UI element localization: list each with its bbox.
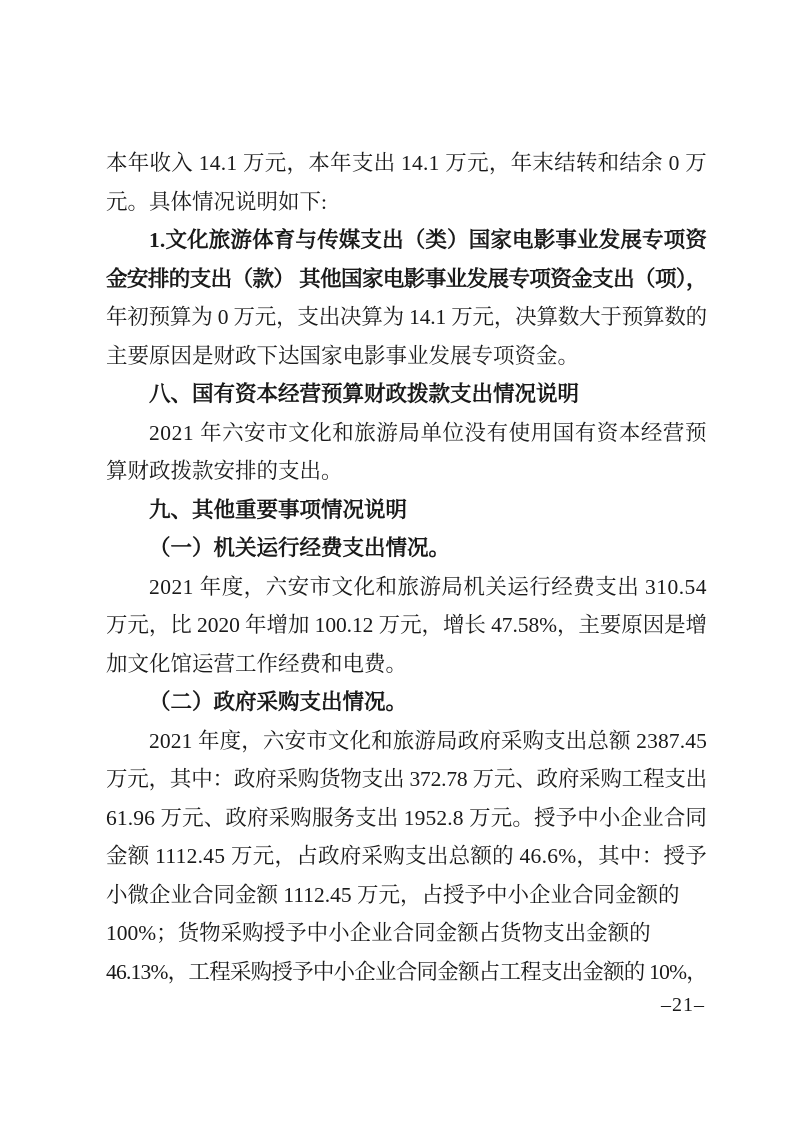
document-line: 金安排的支出（款） 其他国家电影事业发展专项资金支出（项）， bbox=[106, 260, 707, 299]
line-text: 万元，其中：政府采购货物支出 372.78 万元、政府采购工程支出 bbox=[106, 767, 707, 791]
line-text: 2021 年六安市文化和旅游局单位没有使用国有资本经营预 bbox=[149, 421, 707, 445]
document-line: 46.13%，工程采购授予中小企业合同金额占工程支出金额的 10%， bbox=[106, 953, 707, 992]
line-text: 万元，比 2020 年增加 100.12 万元，增长 47.58%，主要原因是增 bbox=[106, 613, 707, 637]
document-line: 算财政拨款安排的支出。 bbox=[106, 452, 707, 491]
document-line: 2021 年六安市文化和旅游局单位没有使用国有资本经营预 bbox=[106, 414, 707, 453]
document-line: （二）政府采购支出情况。 bbox=[106, 683, 707, 722]
line-text: 100%；货物采购授予中小企业合同金额占货物支出金额的 bbox=[106, 921, 651, 945]
document-line: 元。具体情况说明如下: bbox=[106, 183, 707, 222]
line-text: （一）机关运行经费支出情况。 bbox=[149, 536, 450, 560]
document-line: 九、其他重要事项情况说明 bbox=[106, 491, 707, 530]
document-line: 本年收入 14.1 万元，本年支出 14.1 万元，年末结转和结余 0 万 bbox=[106, 144, 707, 183]
document-line: 2021 年度，六安市文化和旅游局机关运行经费支出 310.54 bbox=[106, 568, 707, 607]
document-line: 主要原因是财政下达国家电影事业发展专项资金。 bbox=[106, 337, 707, 376]
line-text: 61.96 万元、政府采购服务支出 1952.8 万元。授予中小企业合同 bbox=[106, 806, 707, 830]
document-body: 本年收入 14.1 万元，本年支出 14.1 万元，年末结转和结余 0 万元。具… bbox=[106, 144, 707, 991]
document-line: 100%；货物采购授予中小企业合同金额占货物支出金额的 bbox=[106, 914, 707, 953]
line-text: 八、国有资本经营预算财政拨款支出情况说明 bbox=[149, 382, 579, 406]
document-page: 本年收入 14.1 万元，本年支出 14.1 万元，年末结转和结余 0 万元。具… bbox=[0, 0, 793, 1122]
line-text: 46.13%，工程采购授予中小企业合同金额占工程支出金额的 10%， bbox=[106, 960, 707, 984]
document-line: 金额 1112.45 万元，占政府采购支出总额的 46.6%，其中：授予 bbox=[106, 837, 707, 876]
line-text: 加文化馆运营工作经费和电费。 bbox=[106, 652, 407, 676]
document-line: 万元，其中：政府采购货物支出 372.78 万元、政府采购工程支出 bbox=[106, 760, 707, 799]
line-text: 本年收入 14.1 万元，本年支出 14.1 万元，年末结转和结余 0 万 bbox=[106, 151, 707, 175]
line-text: 九、其他重要事项情况说明 bbox=[149, 498, 407, 522]
document-line: 小微企业合同金额 1112.45 万元，占授予中小企业合同金额的 bbox=[106, 876, 707, 915]
line-text: 年初预算为 0 万元，支出决算为 14.1 万元，决算数大于预算数的 bbox=[106, 305, 707, 329]
line-text: 金额 1112.45 万元，占政府采购支出总额的 46.6%，其中：授予 bbox=[106, 844, 707, 868]
line-text: （二）政府采购支出情况。 bbox=[149, 690, 407, 714]
document-line: 2021 年度，六安市文化和旅游局政府采购支出总额 2387.45 bbox=[106, 722, 707, 761]
document-line: 万元，比 2020 年增加 100.12 万元，增长 47.58%，主要原因是增 bbox=[106, 606, 707, 645]
line-text: 小微企业合同金额 1112.45 万元，占授予中小企业合同金额的 bbox=[106, 883, 680, 907]
line-text: 主要原因是财政下达国家电影事业发展专项资金。 bbox=[106, 344, 579, 368]
line-text: 算财政拨款安排的支出。 bbox=[106, 459, 343, 483]
document-line: 年初预算为 0 万元，支出决算为 14.1 万元，决算数大于预算数的 bbox=[106, 298, 707, 337]
document-line: 加文化馆运营工作经费和电费。 bbox=[106, 645, 707, 684]
line-text: 1.文化旅游体育与传媒支出（类）国家电影事业发展专项资 bbox=[149, 228, 707, 252]
line-text: 金安排的支出（款） 其他国家电影事业发展专项资金支出（项）， bbox=[106, 267, 707, 291]
document-line: （一）机关运行经费支出情况。 bbox=[106, 529, 707, 568]
document-line: 61.96 万元、政府采购服务支出 1952.8 万元。授予中小企业合同 bbox=[106, 799, 707, 838]
line-text: 元。具体情况说明如下: bbox=[106, 190, 327, 214]
line-text: 2021 年度，六安市文化和旅游局机关运行经费支出 310.54 bbox=[149, 575, 707, 599]
line-text: 2021 年度，六安市文化和旅游局政府采购支出总额 2387.45 bbox=[149, 729, 707, 753]
document-line: 1.文化旅游体育与传媒支出（类）国家电影事业发展专项资 bbox=[106, 221, 707, 260]
page-number: –21– bbox=[661, 992, 705, 1018]
document-line: 八、国有资本经营预算财政拨款支出情况说明 bbox=[106, 375, 707, 414]
